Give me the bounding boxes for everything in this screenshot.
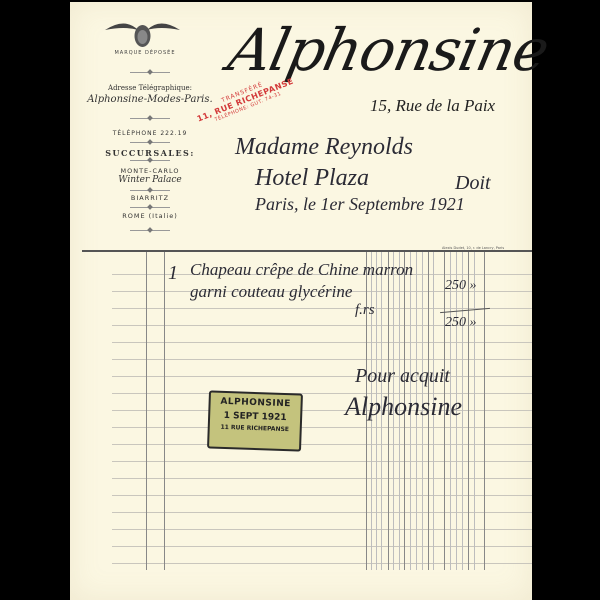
ornament-divider	[130, 207, 170, 208]
stamp-line: ALPHONSINE	[210, 396, 300, 409]
phone-number: TÉLÉPHONE 222.19	[75, 130, 225, 137]
stamp-line: 11 RUE RICHEPANSE	[210, 423, 300, 433]
branch-city: ROME (Italie)	[75, 212, 225, 220]
invoice-total: 250 »	[445, 315, 477, 331]
receipt-revenue-stamp: ALPHONSINE 1 SEPT 1921 11 RUE RICHEPANSE	[207, 390, 303, 451]
item-description-line1: Chapeau crêpe de Chine marron	[190, 260, 413, 280]
branch-sub: Winter Palace	[75, 175, 225, 185]
item-description-line2: garni couteau glycérine	[190, 282, 352, 302]
ornament-divider	[130, 190, 170, 191]
brand-name: Alphonsine	[223, 16, 555, 84]
item-quantity: 1	[168, 262, 178, 285]
shop-address: 15, Rue de la Paix	[370, 96, 495, 116]
signature: Alphonsine	[345, 392, 462, 422]
doit-label: Doit	[455, 172, 491, 195]
table-top-rule	[82, 250, 532, 252]
ornament-divider	[130, 230, 170, 231]
stamp-date: 1 SEPT 1921	[210, 410, 300, 423]
item-price: 250 »	[445, 278, 477, 294]
telegraphic-label: Adresse Télégraphique:	[75, 84, 225, 92]
ornament-divider	[130, 118, 170, 119]
ornament-divider	[130, 160, 170, 161]
currency-note: f.rs	[355, 302, 375, 319]
recipient-hotel: Hotel Plaza	[255, 165, 369, 192]
telegraphic-address: Alphonsine-Modes-Paris.	[75, 94, 225, 105]
ornament-divider	[130, 72, 170, 73]
trademark-label: MARQUE DÉPOSÉE	[100, 50, 190, 56]
branch-city: BIARRITZ	[75, 194, 225, 202]
recipient-name: Madame Reynolds	[235, 134, 413, 161]
ornament-divider	[130, 142, 170, 143]
receipt-note: Pour acquit	[355, 365, 450, 388]
branch-city: MONTE-CARLO	[75, 167, 225, 175]
invoice-date: Paris, le 1er Septembre 1921	[255, 194, 465, 215]
invoice-paper: MARQUE DÉPOSÉE Adresse Télégraphique: Al…	[70, 2, 532, 600]
